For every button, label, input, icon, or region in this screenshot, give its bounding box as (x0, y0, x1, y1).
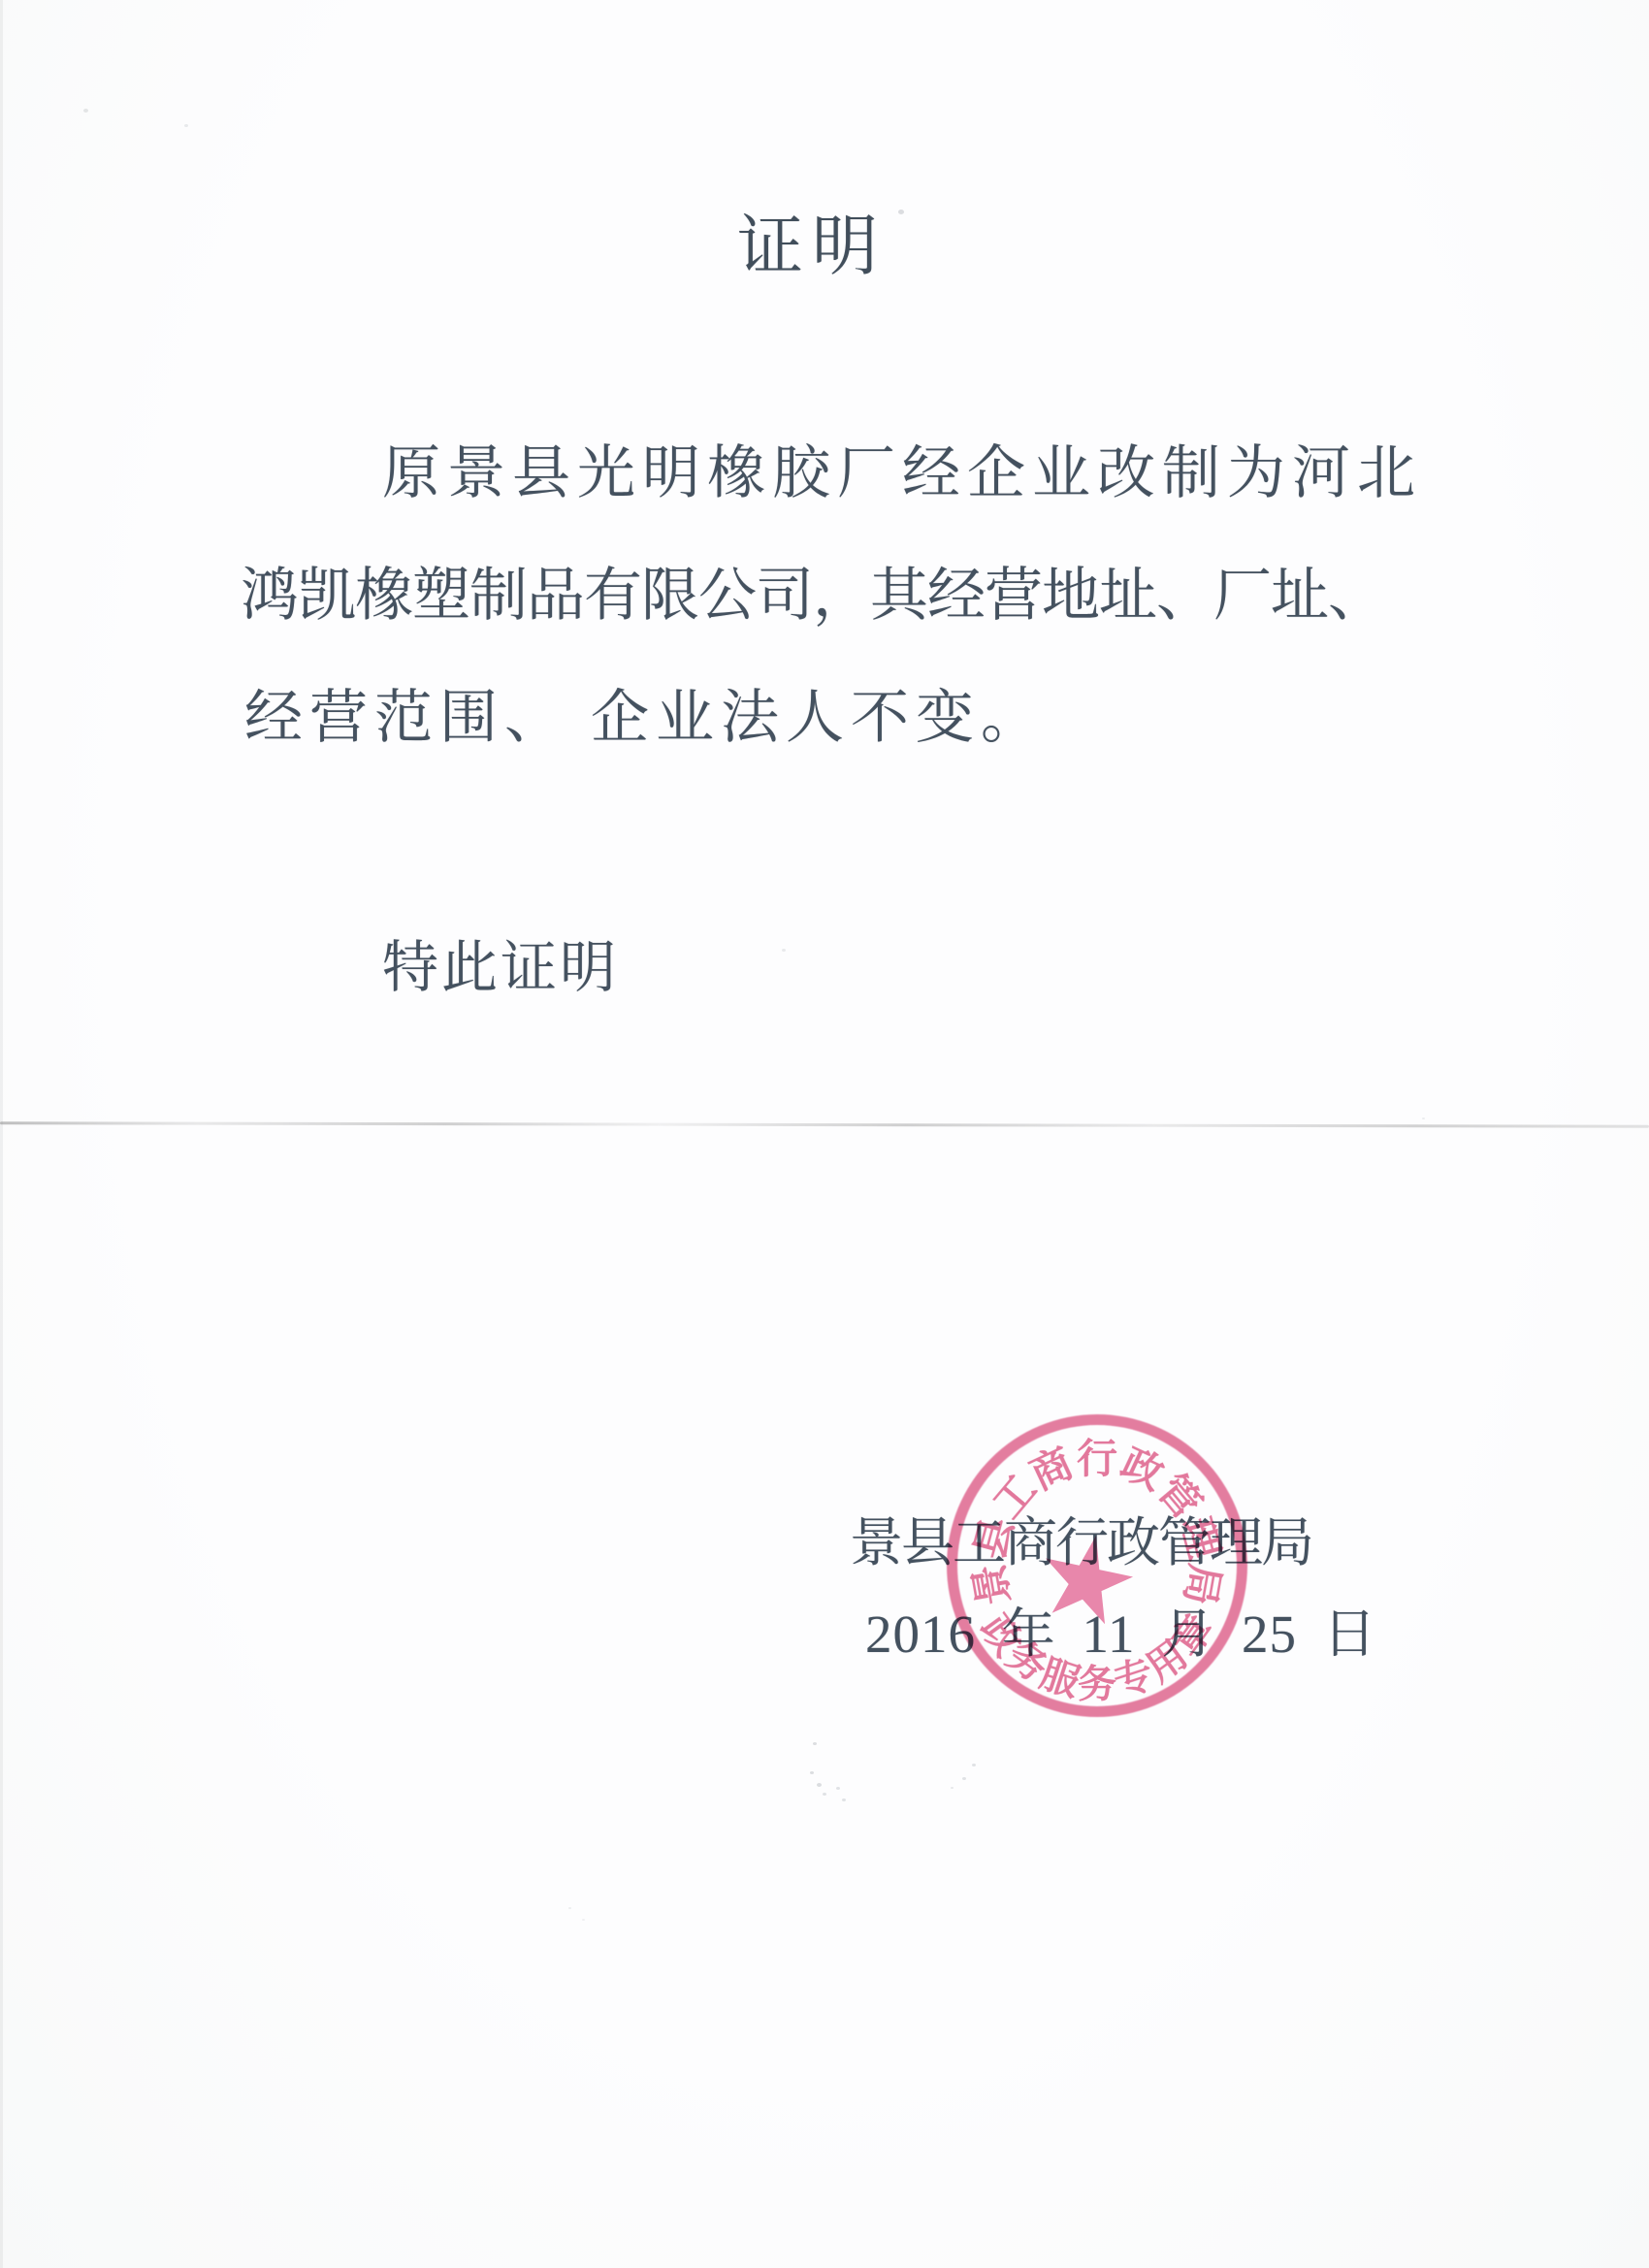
document-title: 证明 (737, 194, 887, 288)
document-page: 证明 原景县光明橡胶厂经企业改制为河北 鸿凯橡塑制品有限公司，其经营地址、厂址、… (0, 0, 1649, 2268)
paper-speck (823, 1793, 826, 1796)
paper-speck (898, 210, 904, 214)
paper-speck (962, 1777, 966, 1780)
seal-ring-char: 政 (1113, 1432, 1174, 1502)
issuer-name: 景县工商行政管理局 (850, 1500, 1312, 1576)
paper-speck (568, 1907, 571, 1909)
paper-speck (83, 109, 88, 113)
closing-statement: 特此证明 (382, 922, 619, 1003)
paper-speck (184, 124, 188, 127)
seal-ring-char: 行 (1077, 1427, 1117, 1485)
body-line-1: 原景县光明橡胶厂经企业改制为河北 (382, 427, 1422, 510)
paper-speck (813, 1742, 817, 1745)
paper-speck (1422, 1118, 1425, 1119)
paper-speck (782, 949, 786, 952)
paper-speck (810, 1771, 814, 1774)
paper-speck (972, 1764, 976, 1766)
paper-speck (836, 1787, 840, 1790)
body-line-2: 鸿凯橡塑制品有限公司，其经营地址、厂址、 (241, 549, 1385, 632)
body-line-3: 经营范围、 企业法人不变。 (244, 671, 1046, 755)
paper-speck (817, 1783, 822, 1787)
seal-ring-char: 商 (1020, 1432, 1082, 1502)
paper-speck (582, 1919, 585, 1921)
paper-speck (842, 1798, 846, 1801)
issue-date: 2016 年 11 月 25 日 (865, 1591, 1377, 1668)
paper-speck (951, 1787, 954, 1789)
scan-edge-shadow (0, 0, 3, 2268)
paper-fold-line (0, 1121, 1649, 1128)
